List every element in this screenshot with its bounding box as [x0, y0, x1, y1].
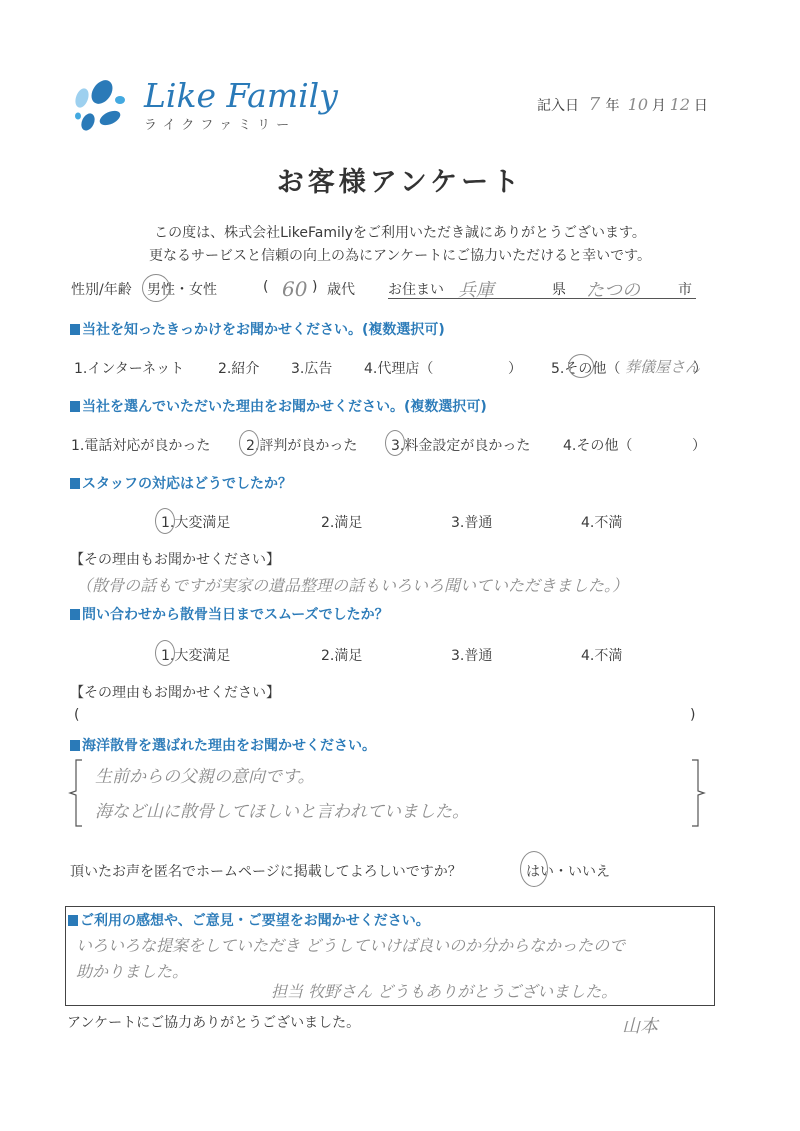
signature: 山本: [622, 1012, 658, 1038]
address-label: お住まい: [388, 279, 444, 299]
right-brace-icon: [690, 758, 706, 828]
q2-heading: 当社を選んでいただいた理由をお聞かせください。(複数選択可): [70, 396, 487, 416]
gender-age-label: 性別/年齢: [71, 279, 132, 299]
q1-option-1[interactable]: 1.インターネット: [74, 358, 184, 378]
q2-selected-circle-3: [385, 430, 405, 456]
q2-option-4[interactable]: 4.その他（: [563, 435, 632, 455]
entry-year: 7: [583, 94, 605, 115]
q1-option-4[interactable]: 4.代理店（: [364, 358, 433, 378]
square-bullet-icon: [70, 478, 80, 489]
age-close: ): [312, 279, 317, 295]
age-value[interactable]: 60: [282, 277, 307, 301]
q3-option-2[interactable]: 2.満足: [321, 512, 362, 532]
q4-reason-open: (: [74, 707, 79, 723]
entry-month: 10: [624, 95, 652, 114]
publish-question: 頂いたお声を匿名でホームページに掲載してよろしいですか？: [70, 861, 462, 881]
q4-reason-label: 【その理由もお聞かせください】: [70, 682, 280, 702]
footer-thanks: アンケートにご協力ありがとうございました。: [67, 1012, 360, 1032]
age-open: (: [263, 279, 268, 295]
city-value[interactable]: たつの: [586, 276, 640, 302]
month-unit: 月: [652, 98, 666, 114]
q3-selected-circle: [155, 508, 175, 534]
logo-brand: Like Family: [144, 76, 338, 115]
q3-option-4[interactable]: 4.不満: [581, 512, 622, 532]
q4-reason-close: ): [690, 707, 695, 723]
prefecture-value[interactable]: 兵庫: [458, 276, 494, 302]
q5-answer-line-1[interactable]: 生前からの父親の意向です。: [95, 762, 315, 787]
comments-box: ご利用の感想や、ご意見・ご要望をお聞かせください。 いろいろな提案をしていただき…: [65, 906, 715, 1006]
square-bullet-icon: [70, 609, 80, 620]
entry-day: 12: [666, 95, 694, 114]
square-bullet-icon: [70, 324, 80, 335]
day-unit: 日: [694, 98, 708, 114]
q2-option-3[interactable]: 3.料金設定が良かった: [391, 435, 530, 455]
q4-option-3[interactable]: 3.普通: [451, 645, 492, 665]
q4-selected-circle: [155, 640, 175, 666]
left-brace-icon: [68, 758, 84, 828]
q2-option-2[interactable]: 2.評判が良かった: [246, 435, 357, 455]
square-bullet-icon: [70, 401, 80, 412]
page-title: お客様アンケート: [0, 160, 800, 199]
q3-reason-label: 【その理由もお聞かせください】: [70, 549, 280, 569]
q5-heading: 海洋散骨を選ばれた理由をお聞かせください。: [70, 735, 376, 755]
intro-line-2: 更なるサービスと信頼の向上の為にアンケートにご協力いただけると幸いです。: [0, 245, 800, 265]
q4-option-2[interactable]: 2.満足: [321, 645, 362, 665]
q6-heading: ご利用の感想や、ご意見・ご要望をお聞かせください。: [68, 910, 430, 930]
q4-heading: 問い合わせから散骨当日までスムーズでしたか？: [70, 604, 389, 624]
q1-option-3[interactable]: 3.広告: [291, 358, 332, 378]
city-suffix: 市: [678, 279, 692, 299]
q2-option-1[interactable]: 1.電話対応が良かった: [71, 435, 210, 455]
address-row: お住まい 兵庫 県 たつの 市: [388, 276, 696, 299]
q2-option-4-close: ）: [692, 435, 706, 455]
q1-option-2[interactable]: 2.紹介: [218, 358, 259, 378]
leaf-drops-icon: [72, 78, 132, 138]
q1-heading: 当社を知ったきっかけをお聞かせください。(複数選択可): [70, 319, 445, 339]
q3-option-3[interactable]: 3.普通: [451, 512, 492, 532]
gender-selected-circle: [142, 274, 170, 302]
publish-selected-circle: [520, 851, 548, 887]
q1-other-close: ）: [693, 358, 707, 378]
age-suffix: 歳代: [327, 279, 355, 299]
square-bullet-icon: [70, 740, 80, 751]
q5-answer-line-2[interactable]: 海など山に散骨してほしいと言われていました。: [95, 797, 469, 822]
q3-reason-text[interactable]: （散骨の話もですが実家の遺品整理の話もいろいろ聞いていただきました。）: [76, 573, 628, 596]
q4-option-4[interactable]: 4.不満: [581, 645, 622, 665]
q1-other-text[interactable]: 葬儀屋さん: [625, 356, 700, 377]
q6-answer-line-1[interactable]: いろいろな提案をしていただき どうしていけば良いのか分からなかったので: [76, 933, 625, 956]
entry-date-label: 記入日: [537, 98, 579, 114]
q3-heading: スタッフの対応はどうでしたか？: [70, 473, 292, 493]
q2-selected-circle-2: [239, 430, 259, 456]
intro-line-1: この度は、株式会社LikeFamilyをご利用いただき誠にありがとうございます。: [0, 222, 800, 242]
prefecture-suffix: 県: [552, 279, 566, 299]
entry-date: 記入日 7年 10月12日: [537, 94, 708, 115]
logo-kana: ライクファミリー: [144, 114, 295, 133]
square-bullet-icon: [68, 915, 78, 926]
logo: Like Family ライクファミリー: [72, 78, 342, 138]
q1-selected-circle: [568, 354, 594, 378]
q6-answer-line-3[interactable]: 担当 牧野さん どうもありがとうございました。: [271, 979, 617, 1002]
q6-answer-line-2[interactable]: 助かりました。: [76, 959, 188, 982]
q1-option-4-close: ）: [508, 358, 522, 378]
year-unit: 年: [605, 98, 619, 114]
